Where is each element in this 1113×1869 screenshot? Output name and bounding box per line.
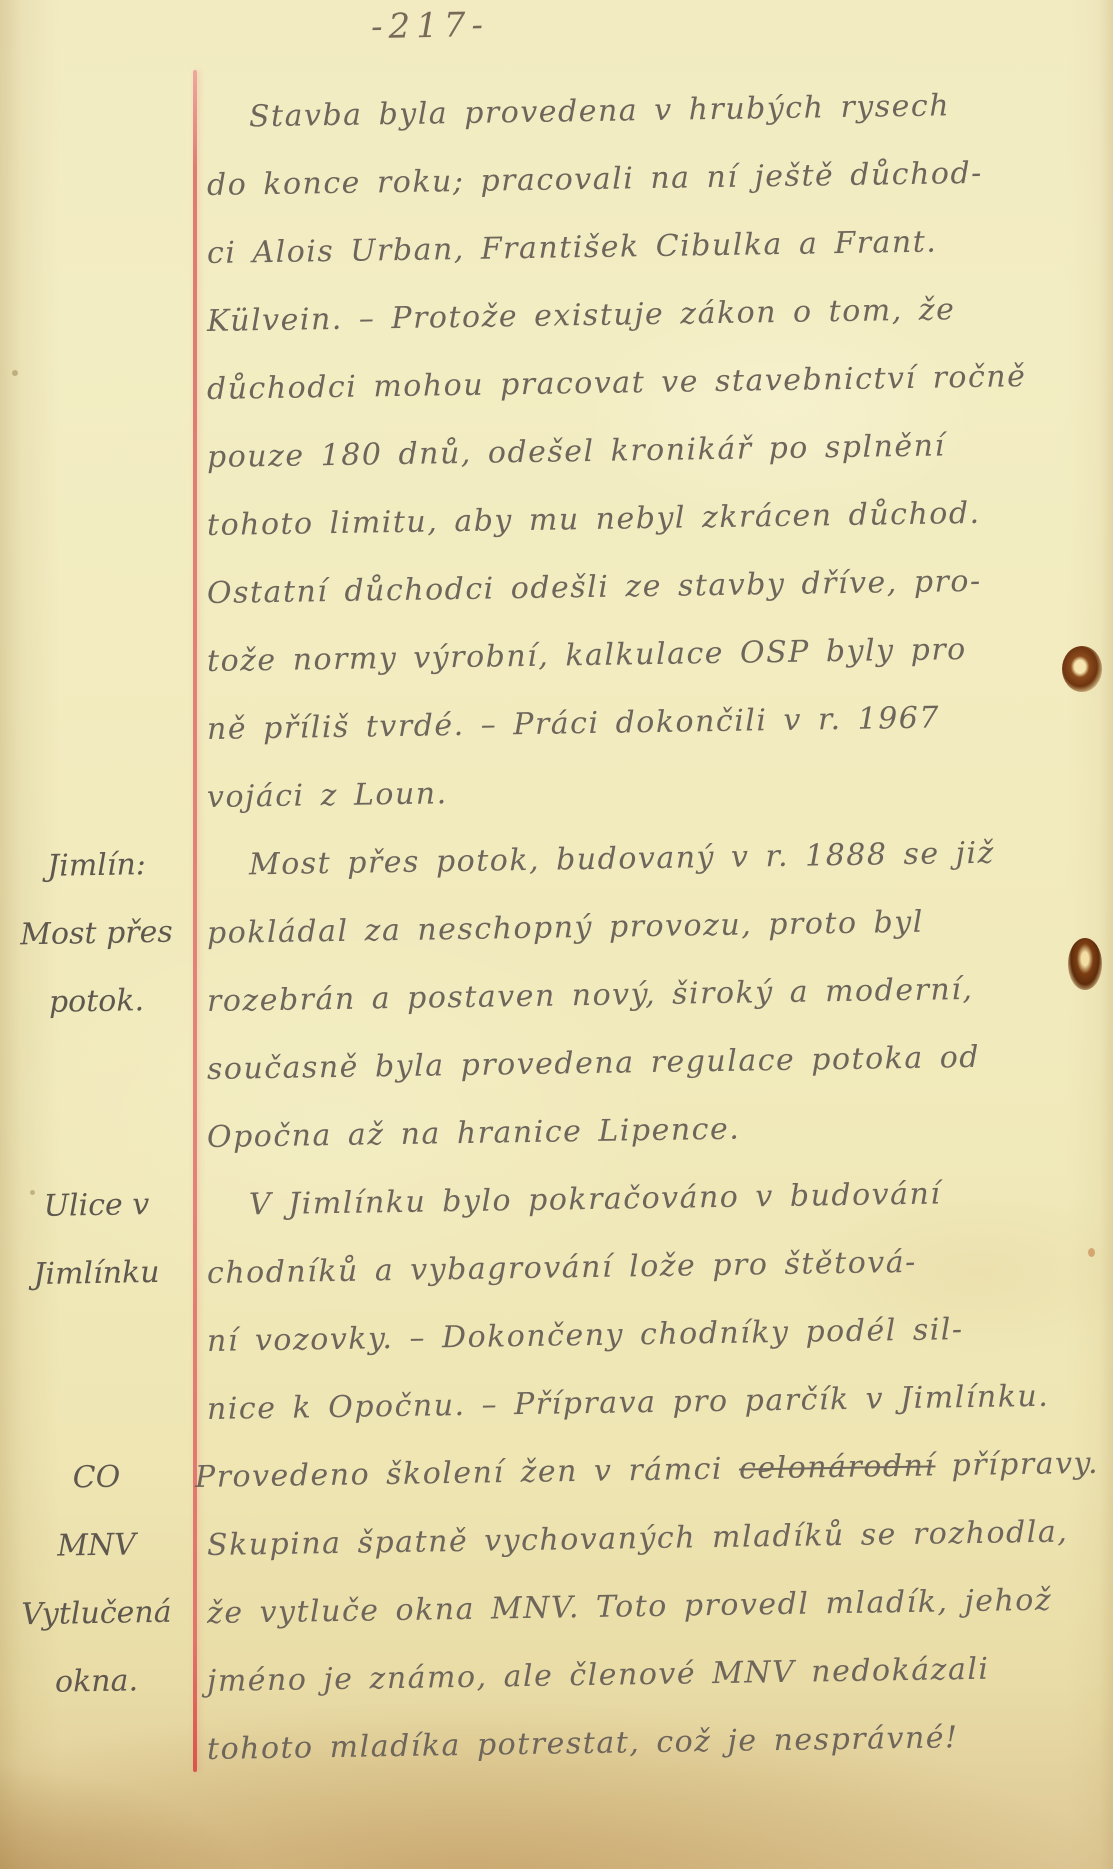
- handwritten-line: pokládal za neschopný provozu, proto byl: [206, 888, 995, 968]
- handwritten-line: tohoto limitu, aby mu nebyl zkrácen důch…: [206, 479, 1026, 560]
- handwritten-line: Opočna až na hranice Lipence.: [206, 1092, 995, 1172]
- handwritten-line: vojáci z Loun.: [206, 751, 1026, 832]
- paragraph: Provedeno školení žen v rámci celonárodn…: [193, 1444, 1113, 1784]
- handwritten-line: do konce roku; pracovali na ní ještě důc…: [206, 139, 1026, 220]
- paragraph: Most přes potok, budovaný v r. 1888 se j…: [193, 832, 1113, 1172]
- margin-note-line: MNV: [0, 1510, 194, 1581]
- handwritten-line: současně byla provedena regulace potoka …: [206, 1024, 995, 1104]
- margin-note-line: Vytlučená: [0, 1578, 194, 1649]
- page-number: -217-: [300, 4, 561, 49]
- section-co-mnv-okna: CO MNV Vytlučená okna. Provedeno školení…: [0, 1444, 1113, 1784]
- margin-note-line: Ulice v: [0, 1170, 194, 1241]
- paper-speck: [12, 370, 18, 376]
- margin-notes: Ulice v Jimlínku: [0, 1172, 193, 1444]
- struck-word: celonárodní: [739, 1448, 936, 1486]
- margin-note-line: Jimlín:: [0, 830, 194, 901]
- paper-hole: [1062, 646, 1102, 692]
- paper-speck: [1088, 1248, 1095, 1257]
- margin-notes: [0, 84, 193, 832]
- handwritten-line: Külvein. – Protože existuje zákon o tom,…: [206, 275, 1026, 356]
- paragraph: V Jimlínku bylo pokračováno v budování c…: [193, 1172, 1113, 1444]
- handwritten-line: pouze 180 dnů, odešel kronikář po splněn…: [206, 411, 1026, 492]
- handwritten-line: tohoto mladíka potrestat, což je nespráv…: [206, 1702, 1099, 1784]
- handwritten-line: tože normy výrobní, kalkulace OSP byly p…: [206, 615, 1026, 696]
- margin-note-line: okna.: [0, 1646, 194, 1717]
- paragraph: Stavba byla provedena v hrubých rysech d…: [193, 84, 1113, 832]
- paper-hole: [1068, 938, 1102, 990]
- handwritten-line: ně příliš tvrdé. – Práci dokončili v r. …: [206, 683, 1026, 764]
- margin-notes: Jimlín: Most přes potok.: [0, 832, 193, 1172]
- margin-note-line: CO: [0, 1442, 194, 1513]
- chronicle-page: -217- Stavba byla provedena v hrubých ry…: [0, 0, 1113, 1869]
- line-fragment: přípravy.: [935, 1446, 1099, 1484]
- handwritten-line: Stavba byla provedena v hrubých rysech: [206, 71, 1026, 152]
- section-jimlin-most: Jimlín: Most přes potok. Most přes potok…: [0, 832, 1113, 1172]
- section-ulice-jimlinku: Ulice v Jimlínku V Jimlínku bylo pokračo…: [0, 1172, 1113, 1444]
- handwritten-line: Ostatní důchodci odešli ze stavby dříve,…: [206, 547, 1026, 628]
- handwritten-line: rozebrán a postaven nový, široký a moder…: [206, 956, 995, 1036]
- margin-notes: CO MNV Vytlučená okna.: [0, 1444, 193, 1784]
- margin-note-line: potok.: [0, 966, 194, 1037]
- handwritten-line: ci Alois Urban, František Cibulka a Fran…: [206, 207, 1026, 288]
- section-stavba: Stavba byla provedena v hrubých rysech d…: [0, 84, 1113, 832]
- margin-note-line: Most přes: [0, 898, 194, 969]
- handwritten-line: Most přes potok, budovaný v r. 1888 se j…: [206, 820, 995, 900]
- handwritten-line: důchodci mohou pracovat ve stavebnictví …: [206, 343, 1026, 424]
- margin-note-line: Jimlínku: [0, 1238, 194, 1309]
- handwritten-content: Stavba byla provedena v hrubých rysech d…: [0, 84, 1113, 1784]
- line-fragment: Provedeno školení žen v rámci: [195, 1451, 740, 1495]
- paper-speck: [30, 1190, 35, 1195]
